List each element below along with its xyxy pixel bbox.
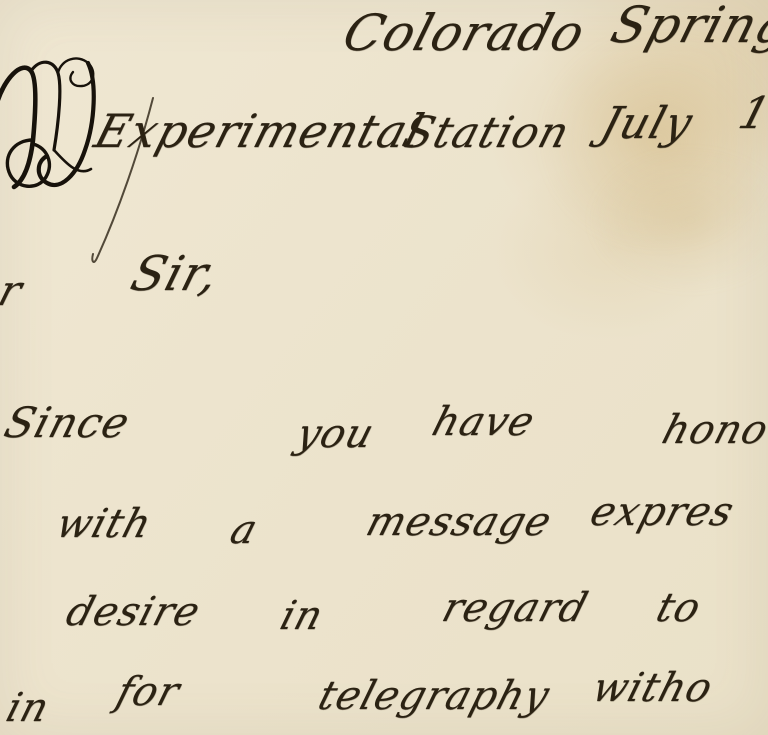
letter-paper: Colorado Spring Experimental Station Jul… [0,0,768,735]
handwritten-word-a: a [226,510,262,550]
handwritten-word-telegraphy: telegraphy [314,676,554,716]
handwritten-word-july: July [596,102,698,146]
handwritten-word-station: Station [398,112,574,155]
handwritten-word-in: in [276,596,328,636]
handwritten-word-with: with [52,504,156,544]
handwritten-word-desire: desire [62,592,205,632]
handwritten-word-have: have [428,402,539,442]
handwritten-word-message: message [362,502,556,542]
handwritten-word-for: for [112,672,184,712]
handwritten-word-hono-fragment: hono [658,410,768,450]
handwritten-word-witho-fragment: witho [588,668,717,708]
handwritten-word-to: to [652,588,706,628]
handwritten-word-experimental: Experimental [90,108,429,154]
handwritten-word-colorado: Colorado [338,8,591,58]
handwritten-word-dear-fragment: r [0,270,27,312]
handwritten-word-sir: Sir, [126,250,225,298]
handwritten-word-since: Since [0,402,135,444]
handwritten-word-you: you [292,414,379,454]
handwritten-word-in-fragment: in [2,688,54,728]
handwritten-word-expres-fragment: expres [586,492,739,532]
paper-stain [590,150,768,290]
handwritten-word-spring: Spring [606,0,768,50]
handwritten-word-regard: regard [438,588,592,628]
